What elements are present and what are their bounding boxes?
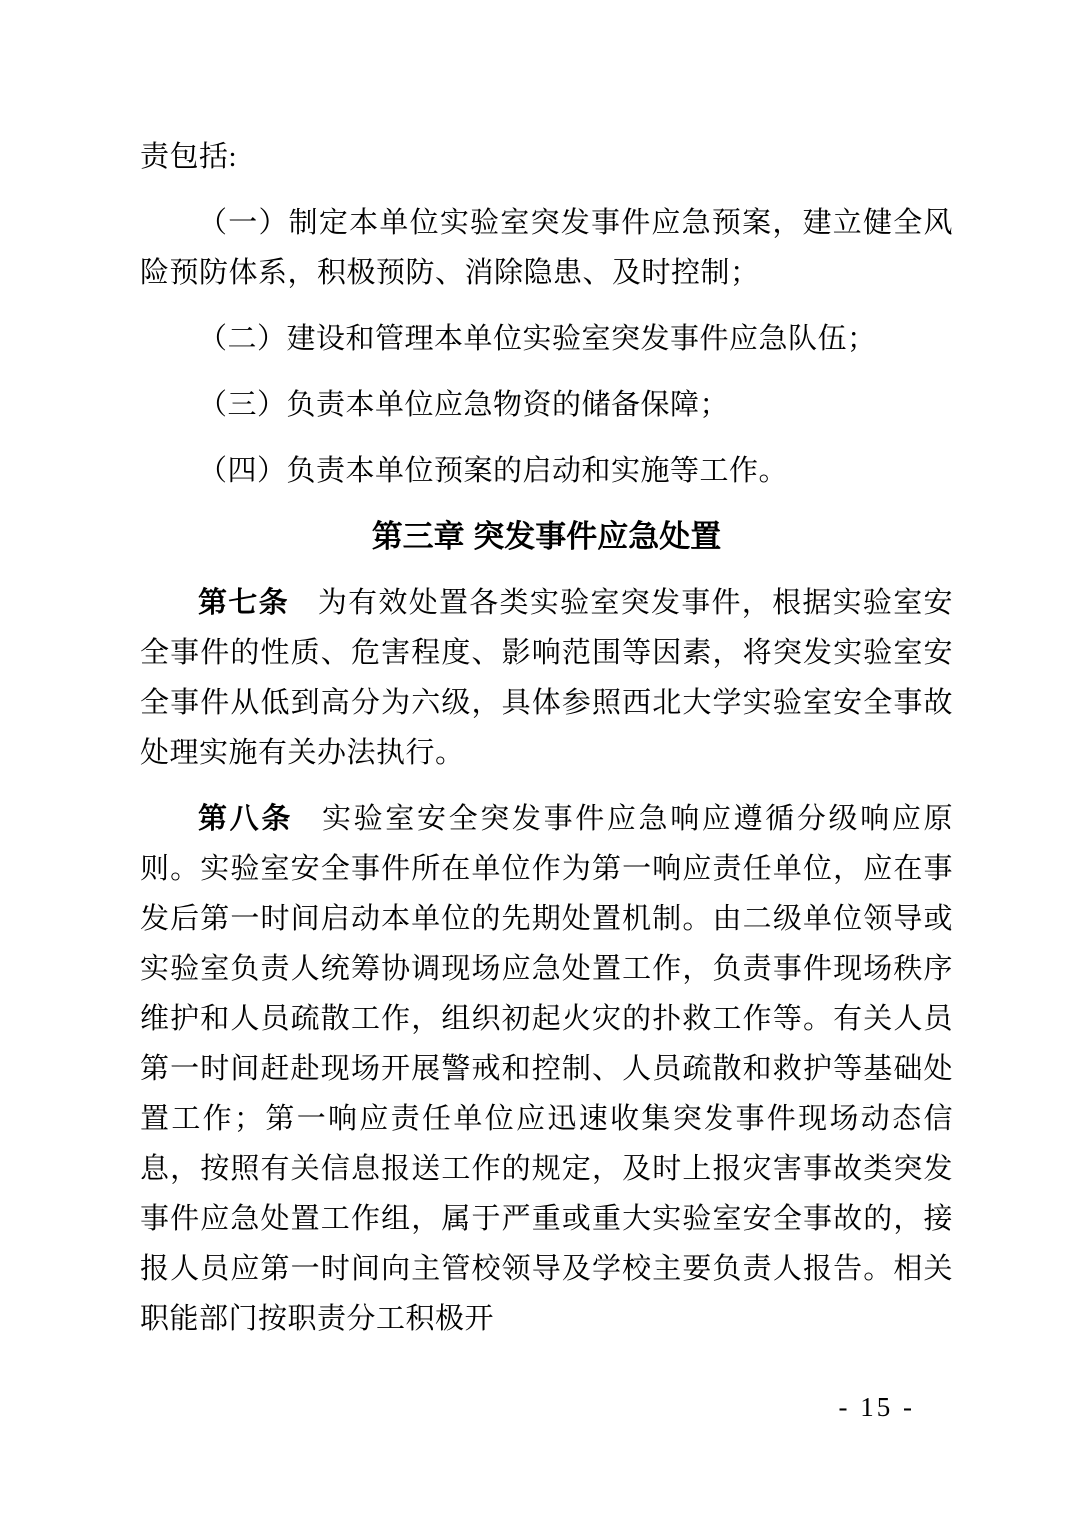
list-item-2: （二）建设和管理本单位实验室突发事件应急队伍；	[140, 314, 953, 364]
chapter-heading: 第三章 突发事件应急处置	[140, 512, 953, 562]
list-item-4: （四）负责本单位预案的启动和实施等工作。	[140, 446, 953, 496]
article-8-paragraph: 第八条实验室安全突发事件应急响应遵循分级响应原则。实验室安全事件所在单位作为第一…	[140, 794, 953, 1344]
list-item-3: （三）负责本单位应急物资的储备保障；	[140, 380, 953, 430]
intro-line: 责包括:	[140, 132, 953, 182]
document-page: 责包括: （一）制定本单位实验室突发事件应急预案，建立健全风险预防体系，积极预防…	[0, 0, 1080, 1528]
list-item-1: （一）制定本单位实验室突发事件应急预案，建立健全风险预防体系，积极预防、消除隐患…	[140, 198, 953, 298]
document-content: 责包括: （一）制定本单位实验室突发事件应急预案，建立健全风险预防体系，积极预防…	[0, 0, 1080, 1422]
article-8-text: 实验室安全突发事件应急响应遵循分级响应原则。实验室安全事件所在单位作为第一响应责…	[140, 803, 953, 1335]
article-8-label: 第八条	[198, 803, 293, 835]
page-number: - 15 -	[140, 1392, 953, 1422]
article-7-label: 第七条	[198, 587, 289, 619]
article-7-paragraph: 第七条为有效处置各类实验室突发事件，根据实验室安全事件的性质、危害程度、影响范围…	[140, 578, 953, 778]
